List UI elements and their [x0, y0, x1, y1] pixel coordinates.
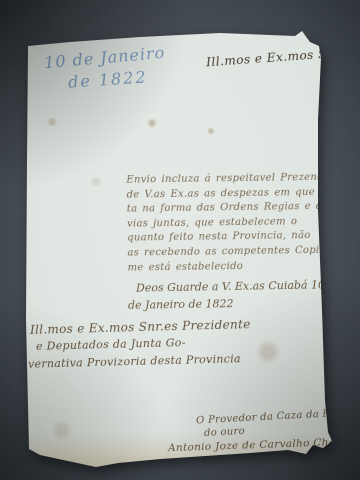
signature-title-line2: do ouro [204, 426, 245, 439]
salutation-abbreviation: Ill.mos e Ex.mos Snr.es [206, 45, 359, 70]
address-line2: e Deputados da Junta Go- [36, 336, 186, 353]
paper-shadow-wrapper: 10 de Janeiro de 1822 Ill.mos e Ex.mos S… [0, 0, 360, 480]
body-line: Envio incluza á respeitavel Prezença [126, 170, 355, 188]
body-line: vias juntas, que estabelecem o [127, 214, 356, 232]
address-line3: vernativa Provizoria desta Provincia [28, 352, 241, 371]
document-photo: 10 de Janeiro de 1822 Ill.mos e Ex.mos S… [0, 0, 360, 480]
pencil-date-line2: de 1822 [67, 67, 148, 92]
manuscript-paper: 10 de Janeiro de 1822 Ill.mos e Ex.mos S… [0, 0, 360, 480]
closing-line1: Deos Guarde a V. Ex.as Cuiabá 10 [136, 278, 325, 294]
body-line: ta na forma das Ordens Regias e das [127, 200, 356, 218]
address-line1: Ill.mos e Ex.mos Snr.es Prezidente [30, 317, 251, 337]
signature-name: Antonio Joze de Carvalho Chaves [168, 436, 354, 454]
pencil-date-line1: 10 de Janeiro [43, 43, 166, 73]
body-line: me está estabelecido [128, 258, 357, 276]
signature-title-line1: O Provedor da Caza da Fundição [196, 406, 360, 426]
body-line: quanto feito nesta Provincia, não [127, 229, 356, 247]
letter-body: Envio incluza á respeitavel Prezença de … [126, 170, 356, 275]
closing-line2: de Janeiro de 1822 [128, 297, 234, 312]
body-line: de V.as Ex.as as despezas em que impor- [127, 185, 356, 203]
body-line: as recebendo as competentes Copias, se [127, 243, 356, 261]
